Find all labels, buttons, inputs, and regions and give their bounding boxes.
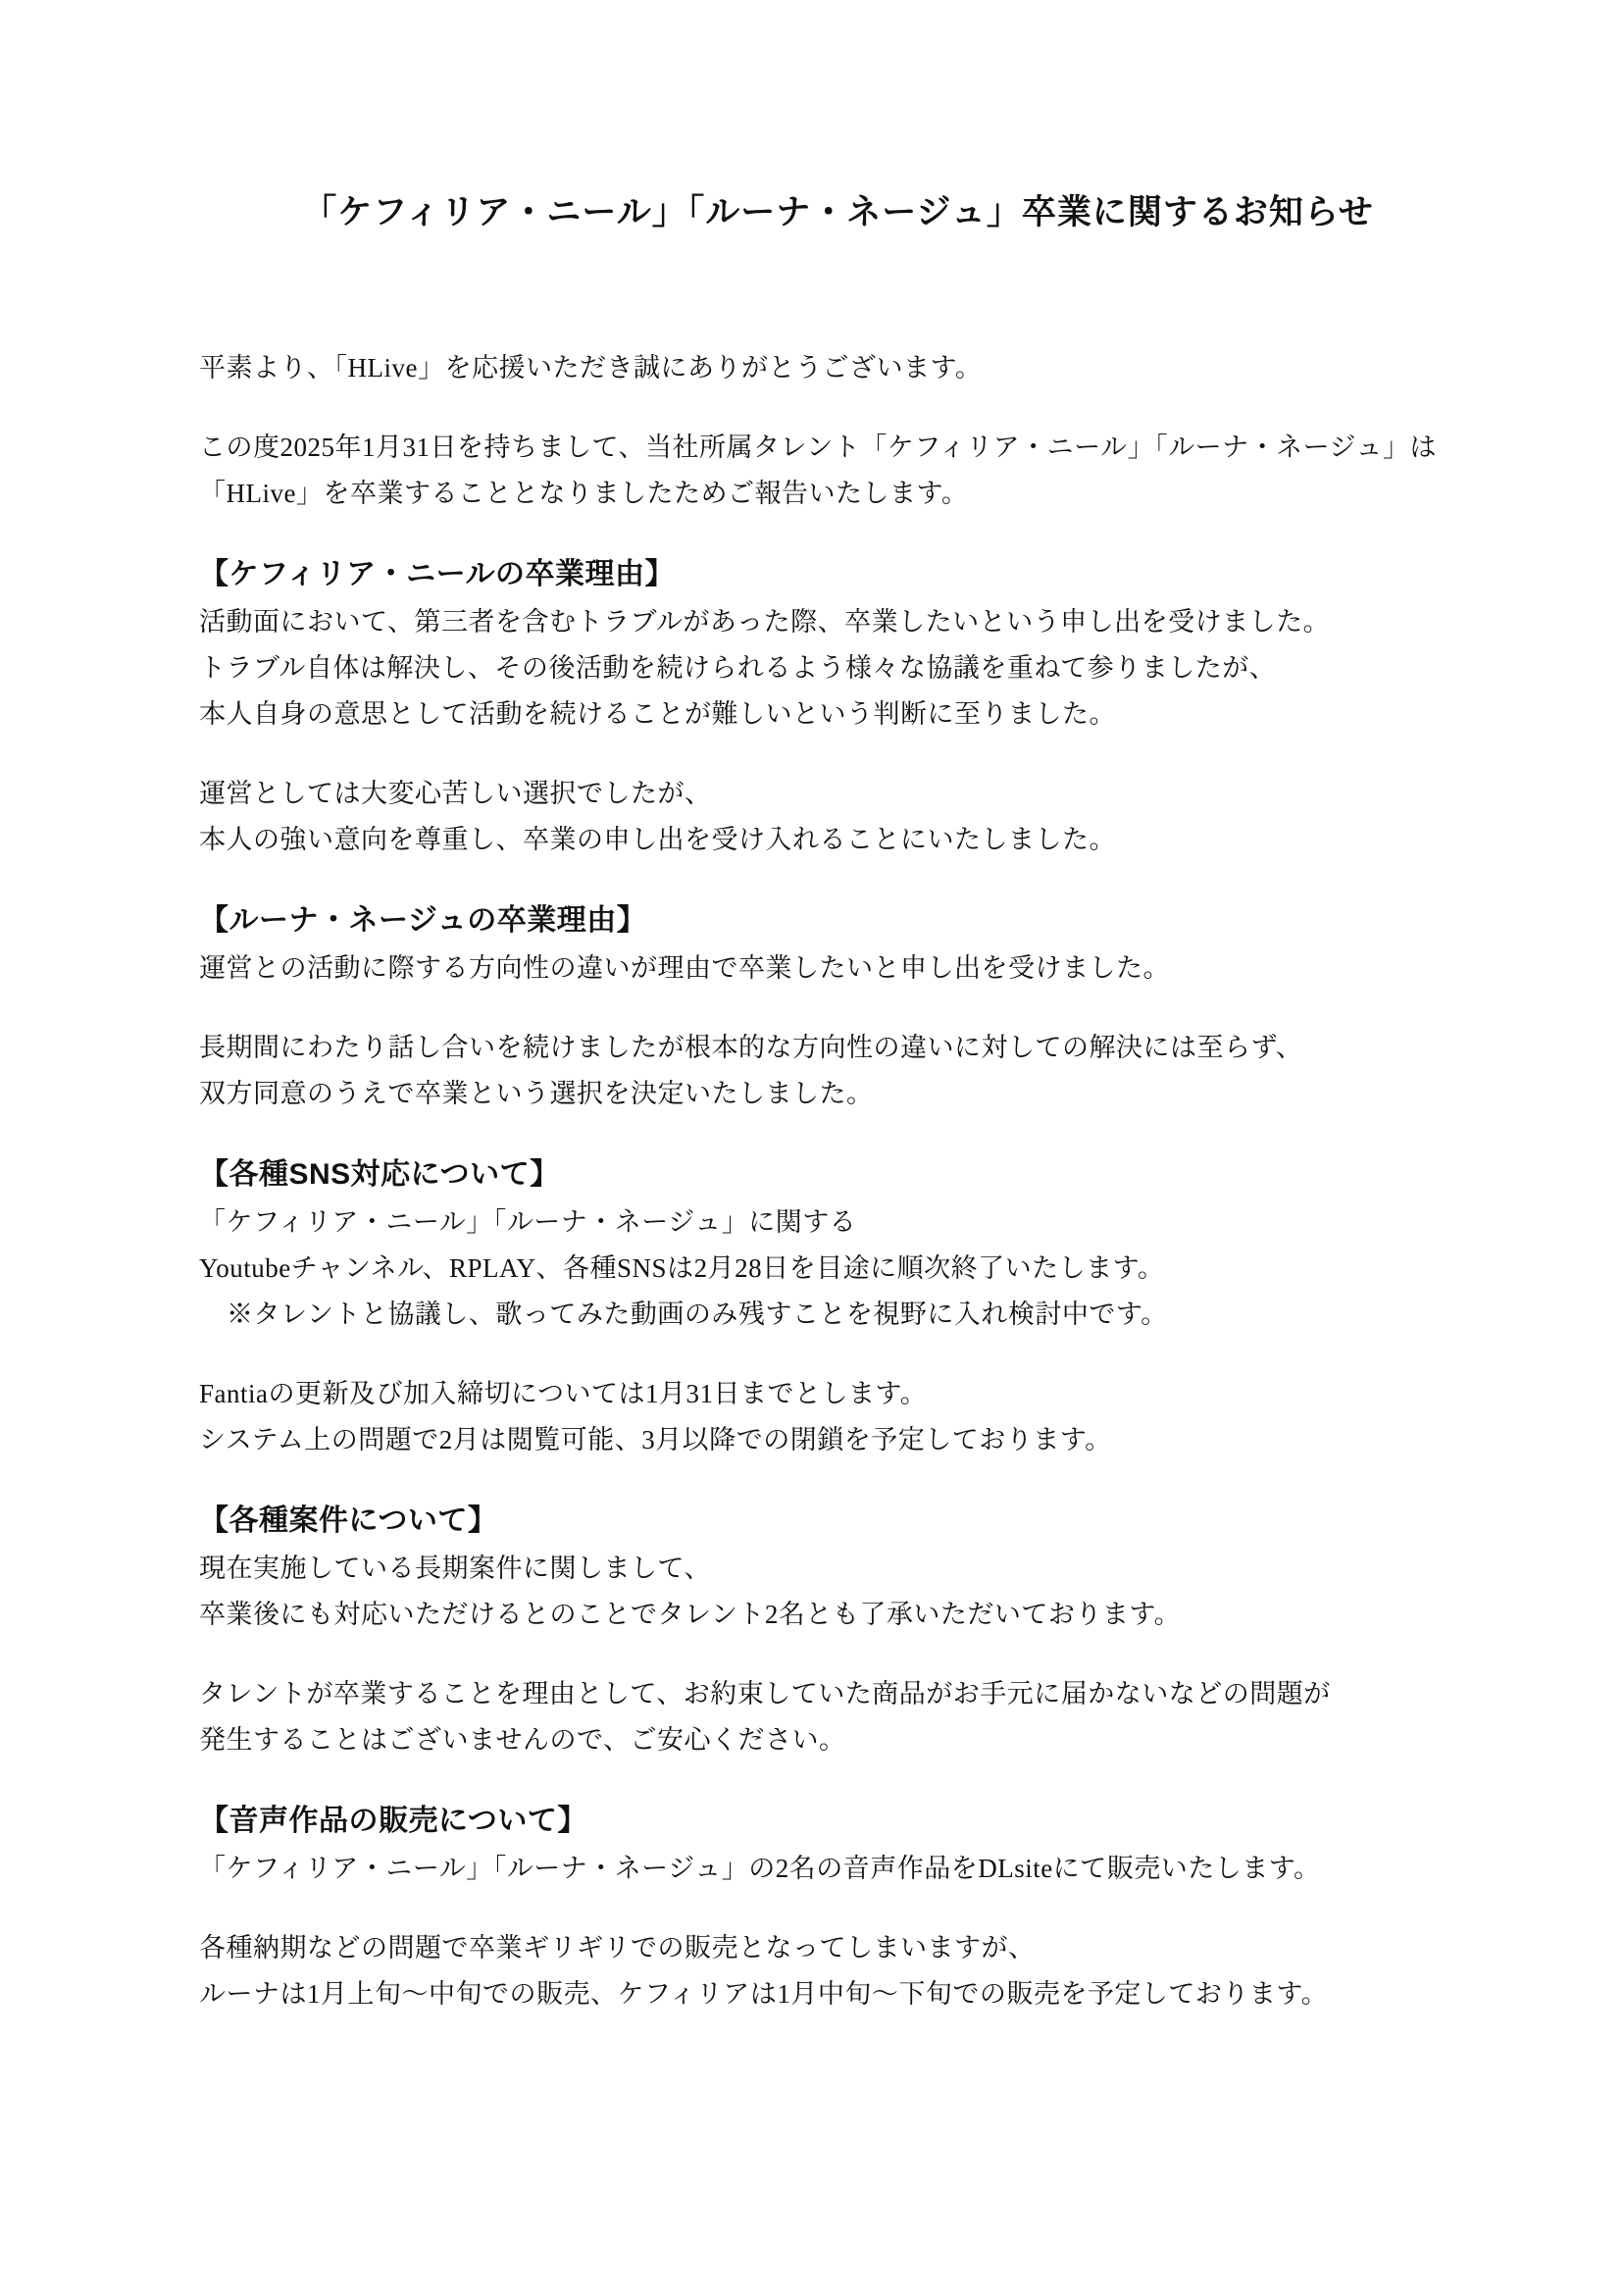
text-line: 平素より、「HLive」を応援いただき誠にありがとうございます。 bbox=[199, 345, 1536, 391]
intro-paragraph-1: 平素より、「HLive」を応援いただき誠にありがとうございます。 bbox=[199, 345, 1536, 391]
text-line: 「HLive」を卒業することとなりましたためご報告いたします。 bbox=[199, 471, 1536, 517]
section-projects: 【各種案件について】 現在実施している長期案件に関しまして、 卒業後にも対応いた… bbox=[199, 1497, 1536, 1763]
text-line: 双方同意のうえで卒業という選択を決定いたしました。 bbox=[199, 1071, 1536, 1117]
section-paragraph: 長期間にわたり話し合いを続けましたが根本的な方向性の違いに対しての解決には至らず… bbox=[199, 1025, 1536, 1117]
text-line: ルーナは1月上旬～中旬での販売、ケフィリアは1月中旬～下旬での販売を予定しており… bbox=[199, 1971, 1536, 2017]
section-paragraph: 「ケフィリア・ニール」「ルーナ・ネージュ」の2名の音声作品をDLsiteにて販売… bbox=[199, 1846, 1536, 1892]
section-heading: 【ケフィリア・ニールの卒業理由】 bbox=[199, 550, 1536, 599]
text-line: 各種納期などの問題で卒業ギリギリでの販売となってしまいますが、 bbox=[199, 1925, 1536, 1971]
text-line: タレントが卒業することを理由として、お約束していた商品がお手元に届かないなどの問… bbox=[199, 1671, 1536, 1717]
intro-paragraph-2: この度2025年1月31日を持ちまして、当社所属タレント「ケフィリア・ニール」「… bbox=[199, 425, 1536, 517]
section-paragraph: 「ケフィリア・ニール」「ルーナ・ネージュ」に関する Youtubeチャンネル、R… bbox=[199, 1199, 1536, 1338]
document-title: 「ケフィリア・ニール」「ルーナ・ネージュ」卒業に関するお知らせ bbox=[199, 188, 1536, 237]
text-line: 活動面において、第三者を含むトラブルがあった際、卒業したいという申し出を受けまし… bbox=[199, 599, 1536, 645]
section-sns-handling: 【各種SNS対応について】 「ケフィリア・ニール」「ルーナ・ネージュ」に関する … bbox=[199, 1150, 1536, 1463]
section-heading: 【音声作品の販売について】 bbox=[199, 1797, 1536, 1846]
text-line: 現在実施している長期案件に関しまして、 bbox=[199, 1546, 1536, 1592]
section-paragraph: タレントが卒業することを理由として、お約束していた商品がお手元に届かないなどの問… bbox=[199, 1671, 1536, 1763]
section-kefiria-graduation-reason: 【ケフィリア・ニールの卒業理由】 活動面において、第三者を含むトラブルがあった際… bbox=[199, 550, 1536, 863]
text-line: 卒業後にも対応いただけるとのことでタレント2名とも了承いただいております。 bbox=[199, 1592, 1536, 1638]
text-line: Fantiaの更新及び加入締切については1月31日までとします。 bbox=[199, 1371, 1536, 1417]
section-heading: 【ルーナ・ネージュの卒業理由】 bbox=[199, 896, 1536, 945]
section-heading: 【各種案件について】 bbox=[199, 1497, 1536, 1546]
section-paragraph: Fantiaの更新及び加入締切については1月31日までとします。 システム上の問… bbox=[199, 1371, 1536, 1463]
text-line: システム上の問題で2月は閲覧可能、3月以降での閉鎖を予定しております。 bbox=[199, 1417, 1536, 1463]
section-paragraph: 各種納期などの問題で卒業ギリギリでの販売となってしまいますが、 ルーナは1月上旬… bbox=[199, 1925, 1536, 2017]
section-paragraph: 運営との活動に際する方向性の違いが理由で卒業したいと申し出を受けました。 bbox=[199, 945, 1536, 992]
section-paragraph: 現在実施している長期案件に関しまして、 卒業後にも対応いただけるとのことでタレン… bbox=[199, 1546, 1536, 1638]
note-text-line: ※タレントと協議し、歌ってみた動画のみ残すことを視野に入れ検討中です。 bbox=[227, 1292, 1536, 1338]
text-line: 「ケフィリア・ニール」「ルーナ・ネージュ」に関する bbox=[199, 1199, 1536, 1246]
document-page: 「ケフィリア・ニール」「ルーナ・ネージュ」卒業に関するお知らせ 平素より、「HL… bbox=[0, 0, 1624, 2294]
text-line: Youtubeチャンネル、RPLAY、各種SNSは2月28日を目途に順次終了いた… bbox=[199, 1246, 1536, 1292]
text-line: トラブル自体は解決し、その後活動を続けられるよう様々な協議を重ねて参りましたが、 bbox=[199, 645, 1536, 691]
section-paragraph: 運営としては大変心苦しい選択でしたが、 本人の強い意向を尊重し、卒業の申し出を受… bbox=[199, 771, 1536, 863]
section-luna-graduation-reason: 【ルーナ・ネージュの卒業理由】 運営との活動に際する方向性の違いが理由で卒業した… bbox=[199, 896, 1536, 1117]
text-line: 発生することはございませんので、ご安心ください。 bbox=[199, 1717, 1536, 1763]
section-heading: 【各種SNS対応について】 bbox=[199, 1150, 1536, 1199]
text-line: 本人の強い意向を尊重し、卒業の申し出を受け入れることにいたしました。 bbox=[199, 817, 1536, 863]
text-line: 長期間にわたり話し合いを続けましたが根本的な方向性の違いに対しての解決には至らず… bbox=[199, 1025, 1536, 1071]
text-line: 運営との活動に際する方向性の違いが理由で卒業したいと申し出を受けました。 bbox=[199, 945, 1536, 992]
text-line: 運営としては大変心苦しい選択でしたが、 bbox=[199, 771, 1536, 817]
section-voice-works: 【音声作品の販売について】 「ケフィリア・ニール」「ルーナ・ネージュ」の2名の音… bbox=[199, 1797, 1536, 2017]
text-line: 「ケフィリア・ニール」「ルーナ・ネージュ」の2名の音声作品をDLsiteにて販売… bbox=[199, 1846, 1536, 1892]
text-line: 本人自身の意思として活動を続けることが難しいという判断に至りました。 bbox=[199, 691, 1536, 738]
section-paragraph: 活動面において、第三者を含むトラブルがあった際、卒業したいという申し出を受けまし… bbox=[199, 599, 1536, 738]
text-line: この度2025年1月31日を持ちまして、当社所属タレント「ケフィリア・ニール」「… bbox=[199, 425, 1536, 471]
